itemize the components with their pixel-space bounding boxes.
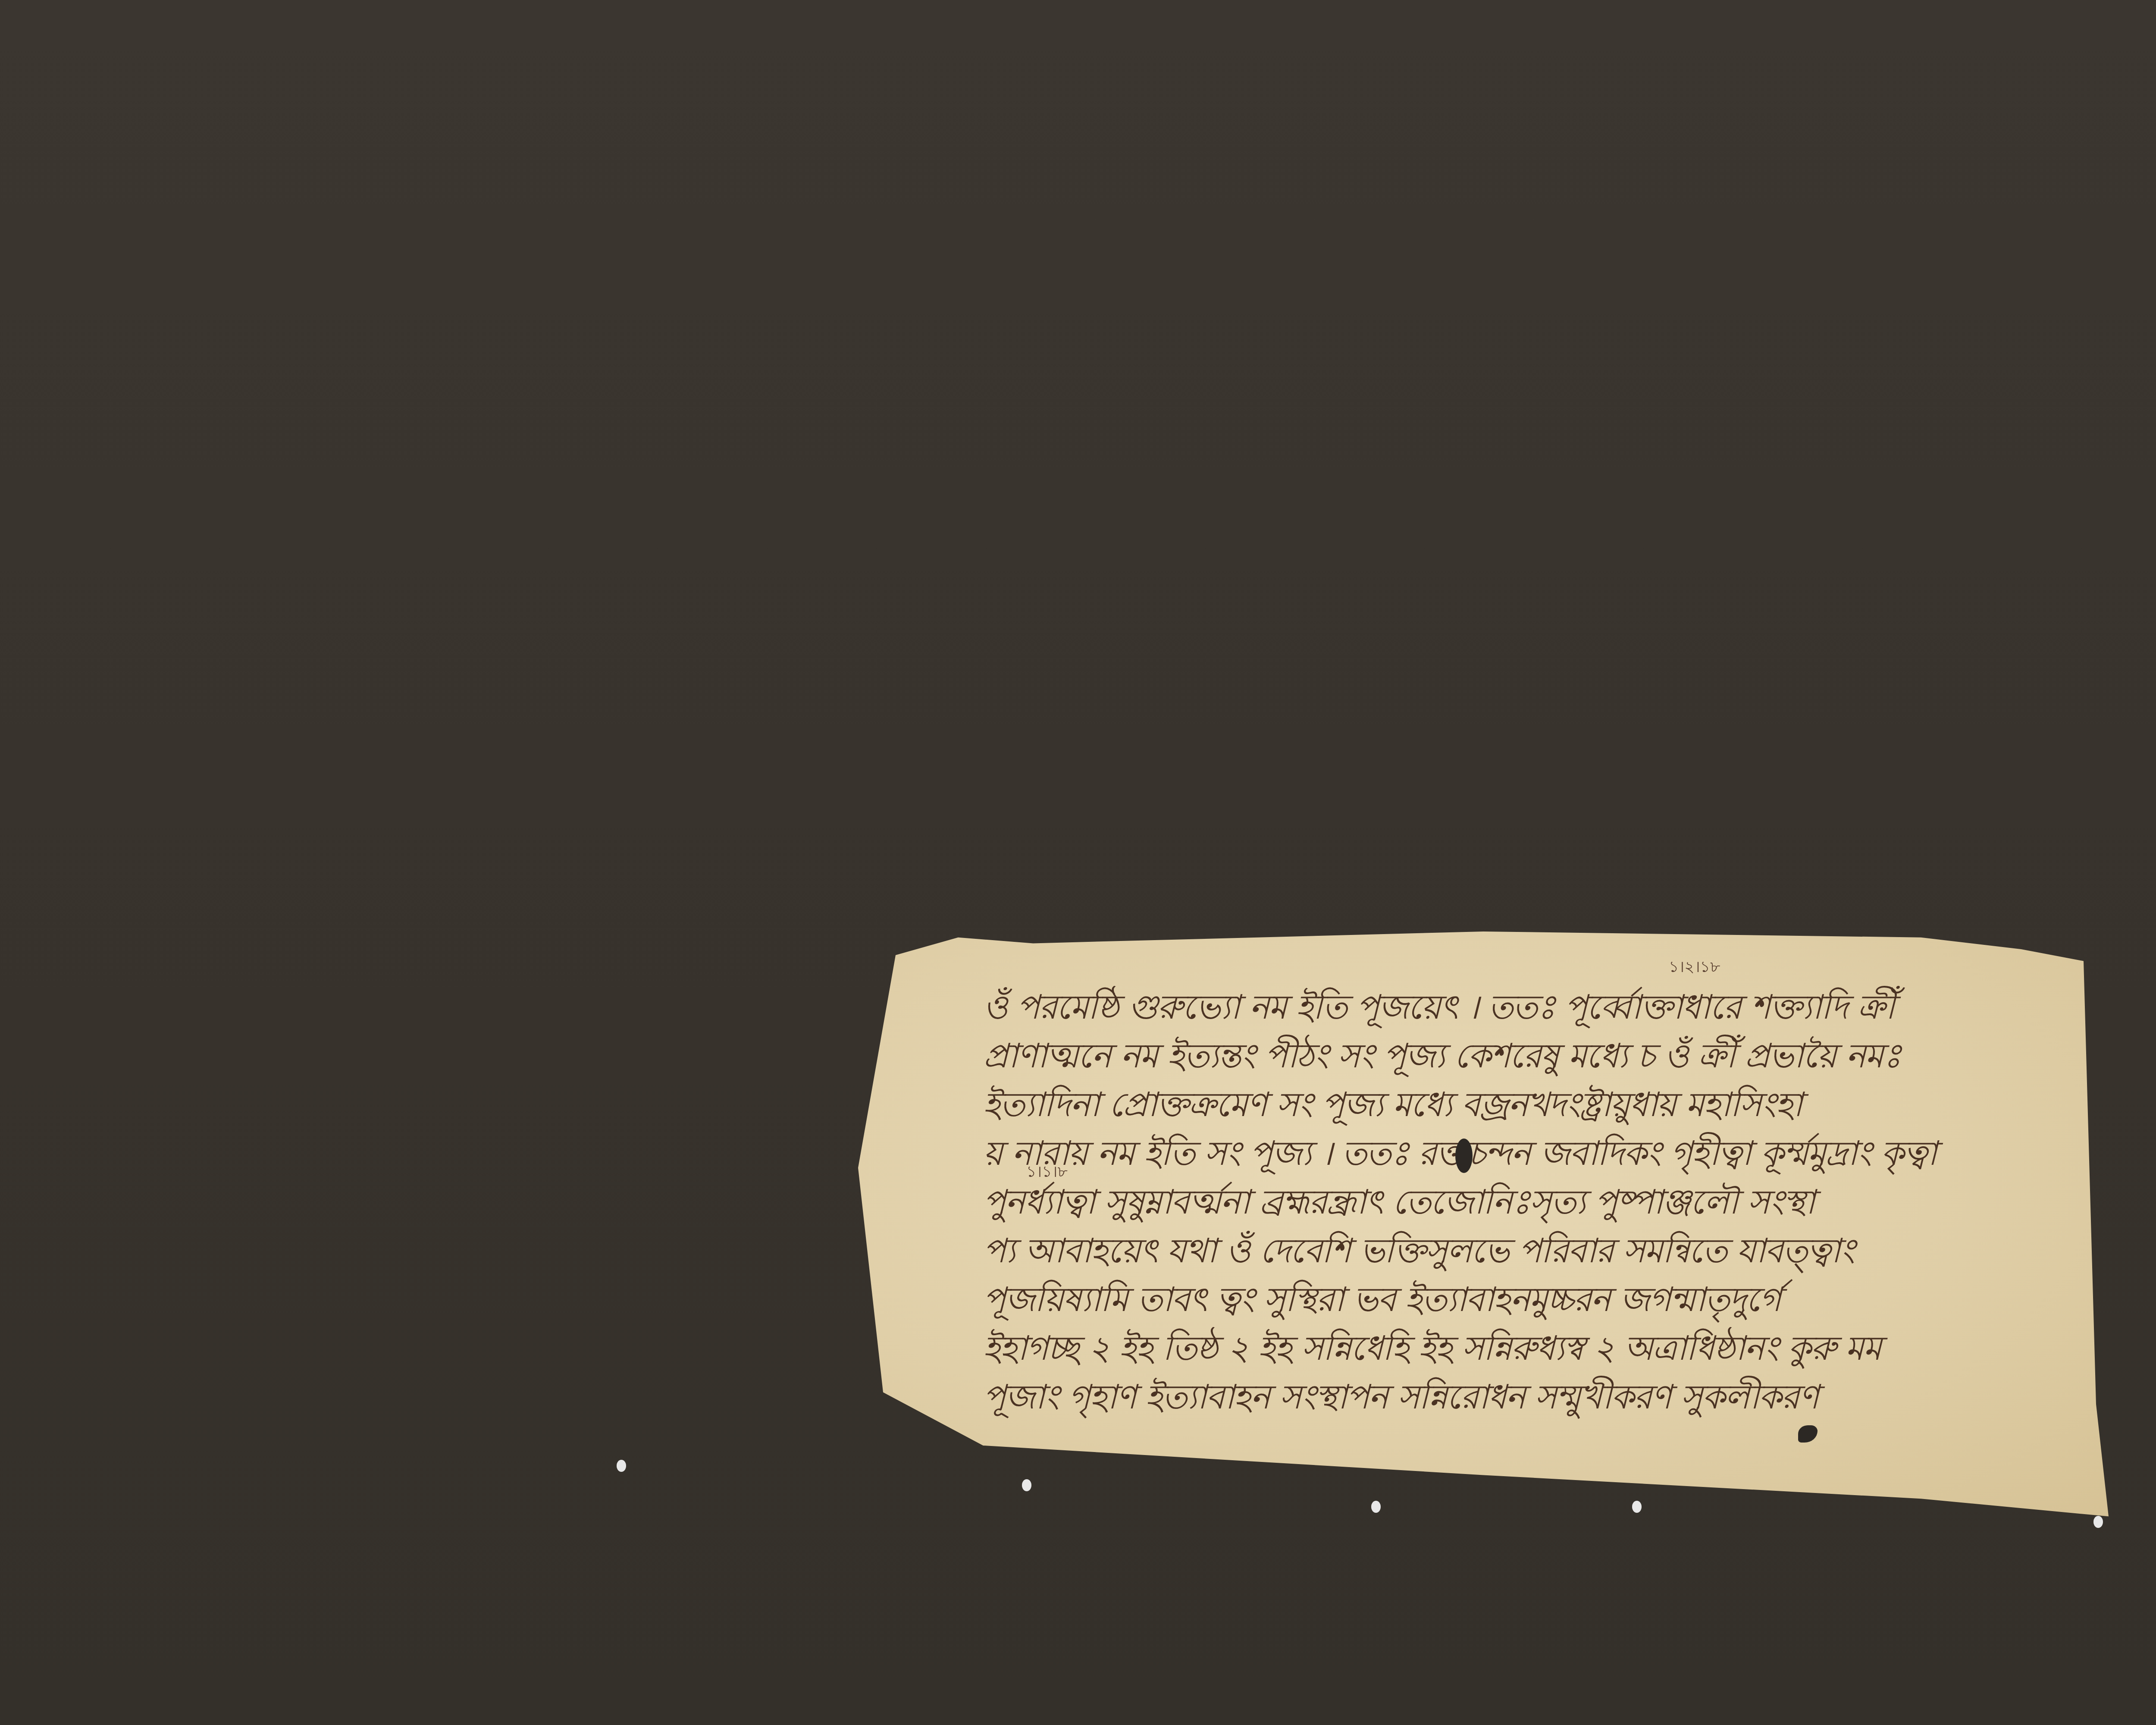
mounting-pin: [1632, 1501, 1642, 1513]
text-line: পুনর্ধ্যাত্বা সুষুম্নাবর্ত্মনা ব্রহ্মরন্…: [983, 1178, 1996, 1227]
mounting-pin: [1022, 1479, 1031, 1491]
marginal-note-top: ১।২।১৮: [1669, 955, 1720, 981]
text-line: প্য আবাহয়েৎ যথা ওঁ দেবেশি ভক্তিসুলভে পর…: [983, 1227, 1996, 1276]
text-line: ইহাগচ্ছ ২ ইহ তিষ্ঠ ২ ইহ সন্নিধেহি ইহ সন্…: [983, 1324, 1996, 1373]
mounting-pin: [1371, 1501, 1381, 1513]
text-line: পূজাং গৃহাণ ইত্যাবাহন সংস্থাপন সন্নিরোধন…: [983, 1373, 1996, 1422]
text-line: ইত্যাদিনা প্রোক্তক্রমেণ সং পূজ্য মধ্যে ব…: [983, 1081, 1996, 1129]
text-line: প্রাণাত্মনে নম ইত্যন্তং পীঠং সং পূজ্য কে…: [983, 1032, 1996, 1081]
mounting-pin: [2093, 1516, 2103, 1528]
mounting-pin: [617, 1460, 626, 1472]
text-line: য় নারায় নম ইতি সং পূজ্য । ততঃ রক্তচন্দ…: [983, 1129, 1996, 1178]
text-line: ওঁ পরমেষ্ঠি গুরুভ্যো নম ইতি পূজয়েৎ । তত…: [983, 983, 1996, 1032]
text-line: পূজয়িষ্যামি তাবৎ ত্বং সুস্থিরা ভব ইত্যা…: [983, 1276, 1996, 1324]
worm-hole: [1455, 1138, 1473, 1173]
manuscript-text: ওঁ পরমেষ্ঠি গুরুভ্যো নম ইতি পূজয়েৎ । তত…: [983, 983, 1996, 1422]
